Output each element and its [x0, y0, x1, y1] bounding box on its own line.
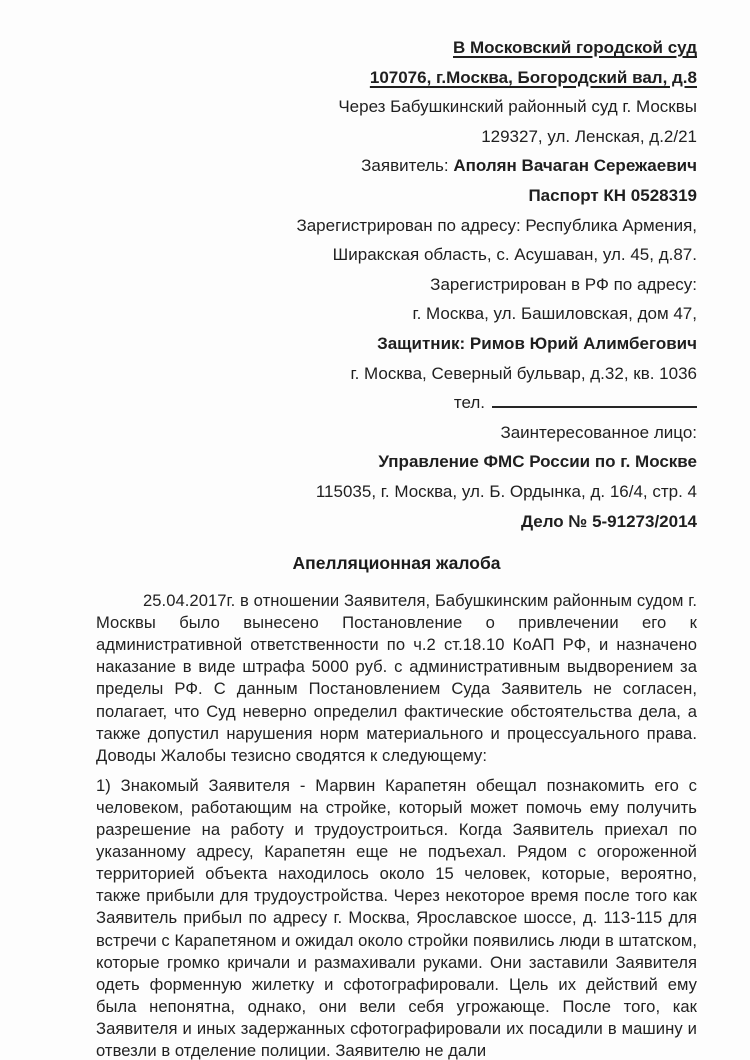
registered-rf-address: г. Москва, ул. Башиловская, дом 47,	[96, 299, 697, 329]
paragraph-intro: 25.04.2017г. в отношении Заявителя, Бабу…	[96, 590, 697, 767]
applicant-name: Аполян Вачаган Сережаевич	[453, 156, 697, 175]
document-page: В Московский городской суд 107076, г.Мос…	[0, 0, 750, 1060]
interested-party-label: Заинтересованное лицо:	[96, 418, 697, 448]
applicant-line: Заявитель: Аполян Вачаган Сережаевич	[96, 151, 697, 181]
court-address: 107076, г.Москва, Богородский вал, д.8	[96, 63, 697, 93]
phone-line: тел.	[96, 388, 697, 418]
court-name: В Московский городской суд	[96, 33, 697, 63]
applicant-label: Заявитель:	[361, 156, 448, 175]
interested-party-name: Управление ФМС России по г. Москве	[96, 447, 697, 477]
registered-rf-label: Зарегистрирован в РФ по адресу:	[96, 270, 697, 300]
case-number: Дело № 5-91273/2014	[96, 507, 697, 537]
interested-party-address: 115035, г. Москва, ул. Б. Ордынка, д. 16…	[96, 477, 697, 507]
registered-abroad-line1: Зарегистрирован по адресу: Республика Ар…	[96, 211, 697, 241]
document-title: Апелляционная жалоба	[96, 550, 697, 576]
passport-line: Паспорт КН 0528319	[96, 181, 697, 211]
registered-abroad-line2: Ширакская область, с. Асушаван, ул. 45, …	[96, 240, 697, 270]
phone-label: тел.	[454, 393, 485, 412]
court-header-block: В Московский городской суд 107076, г.Мос…	[96, 33, 697, 536]
defender-line: Защитник: Римов Юрий Алимбегович	[96, 329, 697, 359]
via-court: Через Бабушкинский районный суд г. Москв…	[96, 92, 697, 122]
defender-address: г. Москва, Северный бульвар, д.32, кв. 1…	[96, 359, 697, 389]
phone-blank-line	[492, 391, 697, 408]
paragraph-point-1: 1) Знакомый Заявителя - Марвин Карапетян…	[96, 775, 697, 1060]
via-court-address: 129327, ул. Ленская, д.2/21	[96, 122, 697, 152]
